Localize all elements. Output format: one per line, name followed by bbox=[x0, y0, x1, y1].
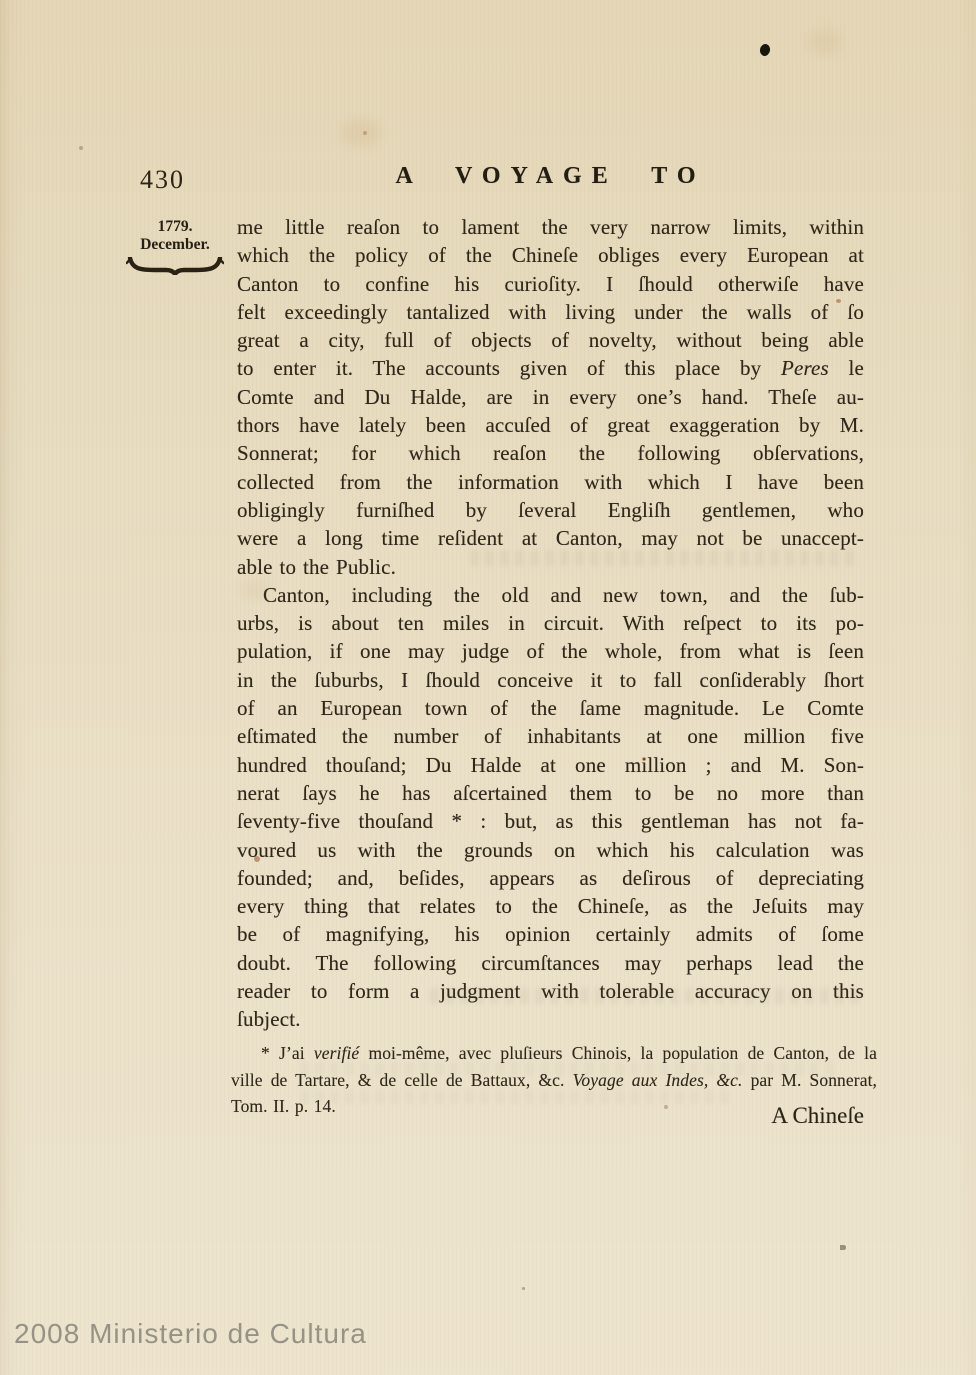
paper-stain bbox=[240, 580, 270, 600]
text-line: founded; and, beſides, appears as deſiro… bbox=[237, 864, 864, 892]
paragraph: me little reaſon to lament the very narr… bbox=[237, 213, 864, 581]
text-line: Canton to confine his curioſity. I ſhoul… bbox=[237, 270, 864, 298]
text-line: doubt. The following circumſtances may p… bbox=[237, 949, 864, 977]
text-line: be of magnifying, his opinion certainly … bbox=[237, 920, 864, 948]
text-line: which the policy of the Chineſe obliges … bbox=[237, 241, 864, 269]
text-line: every thing that relates to the Chineſe,… bbox=[237, 892, 864, 920]
body-text: me little reaſon to lament the very narr… bbox=[237, 213, 864, 1034]
underbrace-ornament bbox=[126, 257, 224, 275]
page-number: 430 bbox=[140, 165, 185, 195]
paper-speck bbox=[79, 146, 83, 150]
paper-speck bbox=[664, 1105, 668, 1109]
ink-blot bbox=[759, 43, 771, 57]
text-line: Comte and Du Halde, are in every one’s h… bbox=[237, 383, 864, 411]
margin-note-year: 1779. bbox=[124, 218, 226, 236]
text-line: ſubject. bbox=[237, 1005, 864, 1033]
paper-speck bbox=[840, 1245, 846, 1250]
show-through-smudge bbox=[300, 1062, 840, 1076]
paper-speck bbox=[522, 1287, 525, 1290]
text-line: thors have lately been accuſed of great … bbox=[237, 411, 864, 439]
text-line: to enter it. The accounts given of this … bbox=[237, 354, 864, 382]
margin-note: 1779. December. bbox=[124, 218, 226, 275]
text-line: of an European town of the ſame magnitud… bbox=[237, 694, 864, 722]
text-line: nerat ſays he has aſcertained them to be… bbox=[237, 779, 864, 807]
text-line: Sonnerat; for which reaſon the following… bbox=[237, 439, 864, 467]
show-through-smudge bbox=[470, 550, 860, 566]
text-line: were a long time reſident at Canton, may… bbox=[237, 524, 864, 552]
text-line: eſtimated the number of inhabitants at o… bbox=[237, 722, 864, 750]
show-through-smudge bbox=[430, 988, 860, 1004]
margin-note-month: December. bbox=[124, 236, 226, 254]
text-line: great a city, full of objects of novelty… bbox=[237, 326, 864, 354]
text-line: Canton, including the old and new town, … bbox=[237, 581, 864, 609]
text-line: ſeventy-five thouſand * : but, as this g… bbox=[237, 807, 864, 835]
paper-speck bbox=[836, 299, 841, 303]
text-line: obligingly furniſhed by ſeveral Engliſh … bbox=[237, 496, 864, 524]
paper-stain bbox=[340, 120, 382, 146]
running-head: A VOYAGE TO bbox=[237, 163, 864, 190]
text-line: collected from the information with whic… bbox=[237, 468, 864, 496]
text-line: me little reaſon to lament the very narr… bbox=[237, 213, 864, 241]
text-line: in the ſuburbs, I ſhould conceive it to … bbox=[237, 666, 864, 694]
digitization-watermark: 2008 Ministerio de Cultura bbox=[14, 1318, 367, 1350]
show-through-smudge bbox=[300, 1090, 730, 1104]
text-line: hundred thouſand; Du Halde at one millio… bbox=[237, 751, 864, 779]
catchword: A Chineſe bbox=[237, 1103, 864, 1129]
text-line: pulation, if one may judge of the whole,… bbox=[237, 637, 864, 665]
book-page-scan: 430 A VOYAGE TO 1779. December. me littl… bbox=[0, 0, 976, 1375]
text-line: voured us with the grounds on which his … bbox=[237, 836, 864, 864]
text-line: felt exceedingly tantalized with living … bbox=[237, 298, 864, 326]
paragraph: Canton, including the old and new town, … bbox=[237, 581, 864, 1034]
text-line: urbs, is about ten miles in circuit. Wit… bbox=[237, 609, 864, 637]
paper-stain bbox=[808, 30, 842, 54]
paper-speck bbox=[642, 757, 646, 761]
paper-speck bbox=[254, 856, 260, 862]
